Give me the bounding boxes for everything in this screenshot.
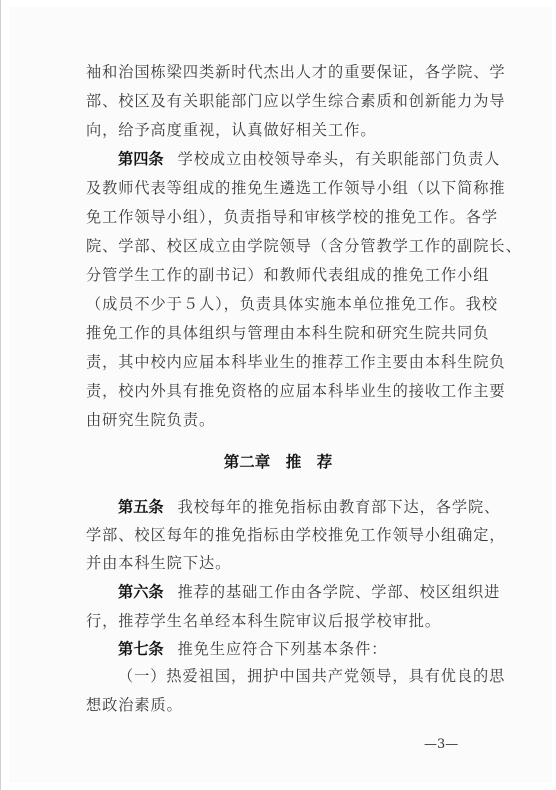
viewer-edge	[0, 0, 1, 790]
body-line: 分管学生工作的副书记）和教师代表组成的推免工作小组	[86, 265, 476, 285]
body-line: 想政治素质。	[86, 695, 476, 715]
body-line: 院、学部、校区成立由学院领导（含分管教学工作的副院长、	[86, 236, 476, 256]
article-7-first-line: 第七条推免生应符合下列基本条件：	[118, 639, 508, 659]
body-line: 责，其中校内应届本科毕业生的推荐工作主要由本科生院负	[86, 352, 476, 372]
body-line: 行，推荐学生名单经本科生院审议后报学校审批。	[86, 611, 476, 631]
body-line: 及教师代表等组成的推免生遴选工作领导小组（以下简称推	[86, 178, 476, 198]
body-line: （成员不少于５人），负责具体实施本单位推免工作。我校	[86, 294, 476, 314]
article-4-text: 学校成立由校领导牵头，有关职能部门负责人	[178, 150, 501, 168]
body-line: 向，给予高度重视，认真做好相关工作。	[86, 120, 476, 140]
body-line: 并由本科生院下达。	[86, 553, 476, 573]
page-number: —3—	[424, 737, 458, 752]
body-line: 学部、校区每年的推免指标由学校推免工作领导小组确定，	[86, 525, 476, 545]
article-5-label: 第五条	[118, 498, 164, 516]
article-6-first-line: 第六条推荐的基础工作由各学院、学部、校区组织进	[118, 582, 508, 602]
body-line: 由研究生院负责。	[86, 410, 476, 430]
article-4-first-line: 第四条学校成立由校领导牵头，有关职能部门负责人	[118, 149, 508, 169]
article-7-item-1: （一）热爱祖国，拥护中国共产党领导，具有优良的思	[118, 666, 508, 686]
article-6-label: 第六条	[118, 583, 164, 601]
article-5-first-line: 第五条我校每年的推免指标由教育部下达，各学院、	[118, 497, 508, 517]
body-line: 袖和治国栋梁四类新时代杰出人才的重要保证，各学院、学	[86, 62, 476, 82]
article-6-text: 推荐的基础工作由各学院、学部、校区组织进	[178, 583, 501, 601]
article-7-label: 第七条	[118, 640, 164, 658]
body-line: 推免工作的具体组织与管理由本科生院和研究生院共同负	[86, 323, 476, 343]
article-7-text: 推免生应符合下列基本条件：	[178, 640, 388, 658]
body-line: 责，校内外具有推免资格的应届本科毕业生的接收工作主要	[86, 381, 476, 401]
article-5-text: 我校每年的推免指标由教育部下达，各学院、	[178, 498, 501, 516]
article-4-label: 第四条	[118, 150, 164, 168]
body-line: 免工作领导小组），负责指导和审核学校的推免工作。各学	[86, 207, 476, 227]
chapter-heading: 第二章 推 荐	[0, 452, 556, 472]
body-line: 部、校区及有关职能部门应以学生综合素质和创新能力为导	[86, 91, 476, 111]
